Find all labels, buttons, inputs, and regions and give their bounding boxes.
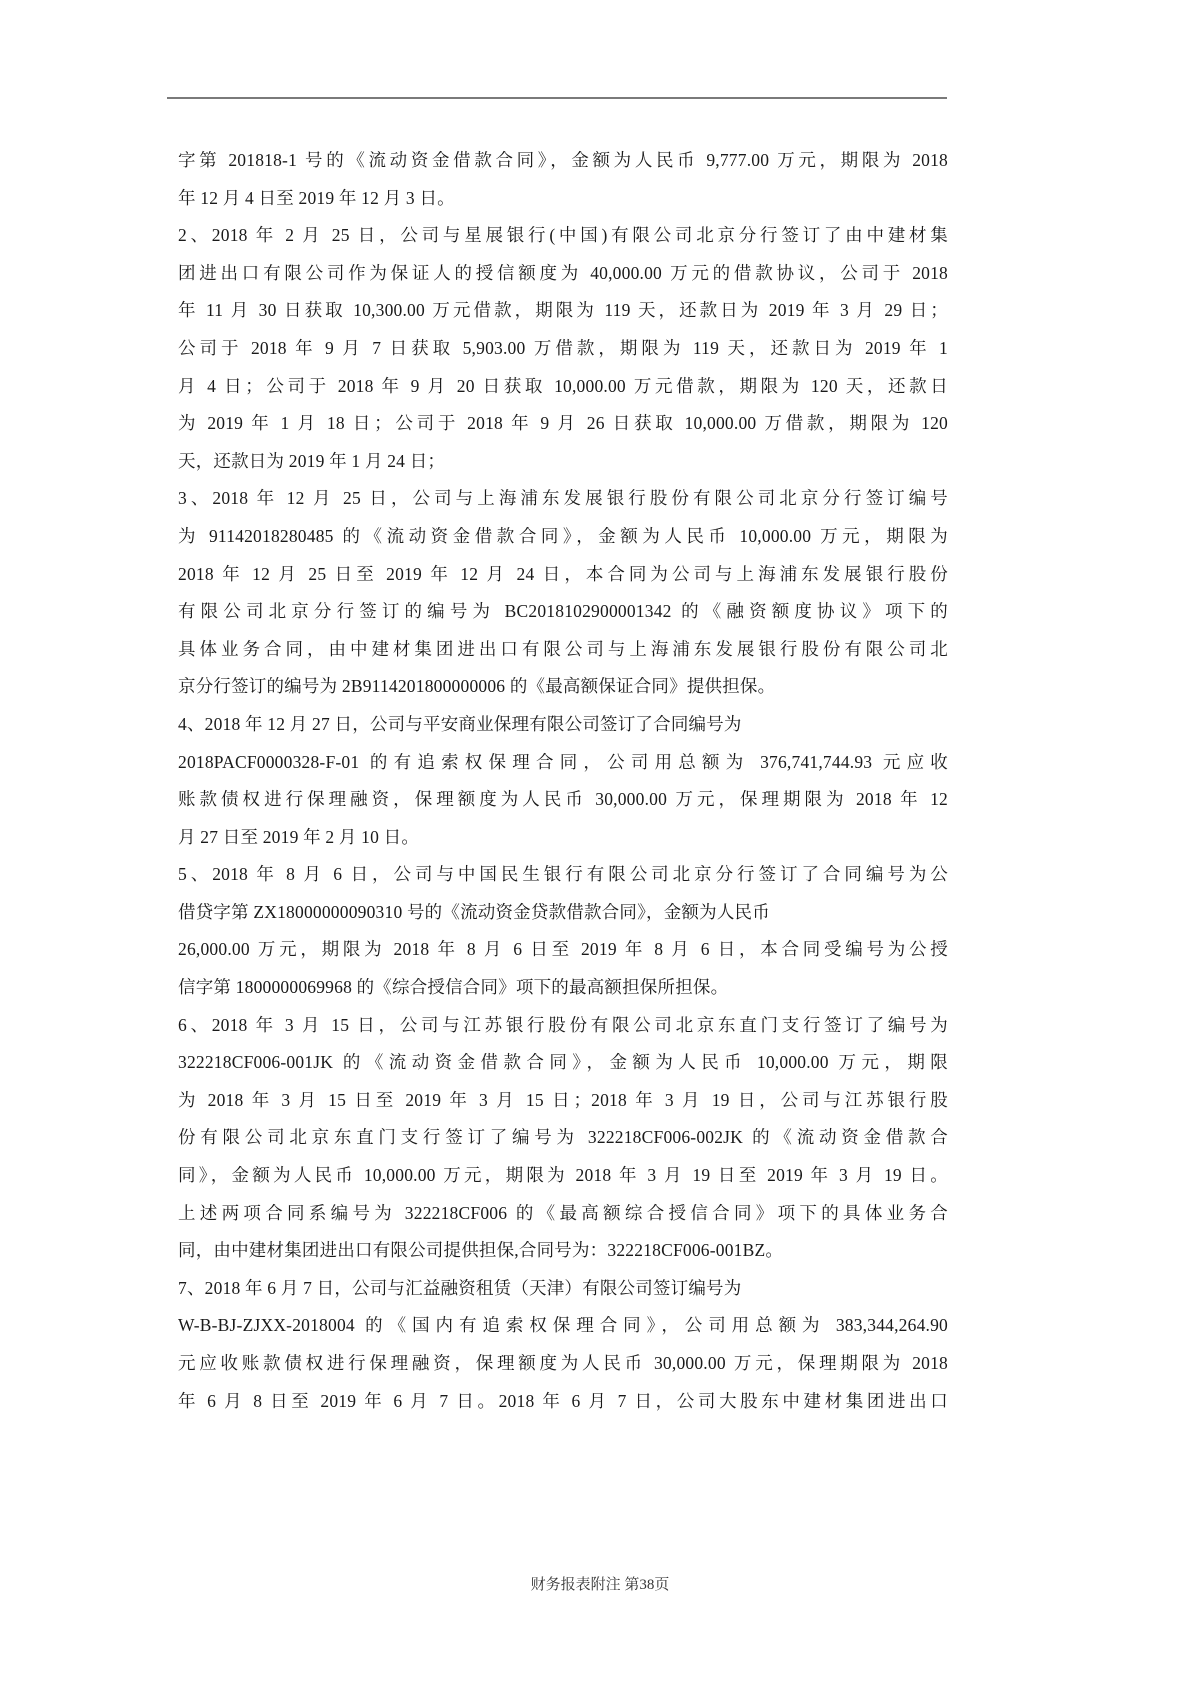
paragraph-1-continuation: 字第 201818-1 号的《流动资金借款合同》，金额为人民币 9,777.00… bbox=[178, 142, 948, 217]
paragraph-2: 2、2018 年 2 月 25 日，公司与星展银行(中国)有限公司北京分行签订了… bbox=[178, 217, 948, 480]
text-line: 月 27 日至 2019 年 2 月 10 日。 bbox=[178, 819, 948, 857]
text-line: 26,000.00 万元，期限为 2018 年 8 月 6 日至 2019 年 … bbox=[178, 931, 948, 969]
text-line: 年 11 月 30 日获取 10,300.00 万元借款，期限为 119 天，还… bbox=[178, 292, 948, 330]
paragraph-4: 4、2018 年 12 月 27 日，公司与平安商业保理有限公司签订了合同编号为… bbox=[178, 706, 948, 856]
text-line: 京分行签订的编号为 2B9114201800000006 的《最高额保证合同》提… bbox=[178, 668, 948, 706]
text-line: 份有限公司北京东直门支行签订了编号为 322218CF006-002JK 的《流… bbox=[178, 1119, 948, 1157]
text-line: 4、2018 年 12 月 27 日，公司与平安商业保理有限公司签订了合同编号为 bbox=[178, 706, 948, 744]
text-line: 年 6 月 8 日至 2019 年 6 月 7 日。2018 年 6 月 7 日… bbox=[178, 1383, 948, 1421]
text-line: 公司于 2018 年 9 月 7 日获取 5,903.00 万借款，期限为 11… bbox=[178, 330, 948, 368]
text-line: 为 2019 年 1 月 18 日；公司于 2018 年 9 月 26 日获取 … bbox=[178, 405, 948, 443]
text-line: 322218CF006-001JK 的《流动资金借款合同》，金额为人民币 10,… bbox=[178, 1044, 948, 1082]
text-line: 同》，金额为人民币 10,000.00 万元，期限为 2018 年 3 月 19… bbox=[178, 1157, 948, 1195]
page-footer: 财务报表附注 第38页 bbox=[0, 1573, 1200, 1594]
text-line: 为 2018 年 3 月 15 日至 2019 年 3 月 15 日；2018 … bbox=[178, 1082, 948, 1120]
header-rule bbox=[167, 97, 947, 99]
text-line: 元应收账款债权进行保理融资，保理额度为人民币 30,000.00 万元，保理期限… bbox=[178, 1345, 948, 1383]
text-line: 借贷字第 ZX18000000090310 号的《流动资金贷款借款合同》，金额为… bbox=[178, 894, 948, 932]
text-line: 2018 年 12 月 25 日至 2019 年 12 月 24 日，本合同为公… bbox=[178, 556, 948, 594]
paragraph-5: 5、2018 年 8 月 6 日，公司与中国民生银行有限公司北京分行签订了合同编… bbox=[178, 856, 948, 1006]
text-line: 月 4 日；公司于 2018 年 9 月 20 日获取 10,000.00 万元… bbox=[178, 368, 948, 406]
paragraph-3: 3、2018 年 12 月 25 日，公司与上海浦东发展银行股份有限公司北京分行… bbox=[178, 480, 948, 706]
text-line: 6、2018 年 3 月 15 日，公司与江苏银行股份有限公司北京东直门支行签订… bbox=[178, 1007, 948, 1045]
text-line: 天，还款日为 2019 年 1 月 24 日； bbox=[178, 443, 948, 481]
paragraph-7: 7、2018 年 6 月 7 日，公司与汇益融资租赁（天津）有限公司签订编号为 … bbox=[178, 1270, 948, 1420]
paragraph-6: 6、2018 年 3 月 15 日，公司与江苏银行股份有限公司北京东直门支行签订… bbox=[178, 1007, 948, 1270]
text-line: 具体业务合同，由中建材集团进出口有限公司与上海浦东发展银行股份有限公司北 bbox=[178, 631, 948, 669]
text-line: 5、2018 年 8 月 6 日，公司与中国民生银行有限公司北京分行签订了合同编… bbox=[178, 856, 948, 894]
text-line: 团进出口有限公司作为保证人的授信额度为 40,000.00 万元的借款协议，公司… bbox=[178, 255, 948, 293]
text-line: 3、2018 年 12 月 25 日，公司与上海浦东发展银行股份有限公司北京分行… bbox=[178, 480, 948, 518]
text-line: 2、2018 年 2 月 25 日，公司与星展银行(中国)有限公司北京分行签订了… bbox=[178, 217, 948, 255]
text-line: 同，由中建材集团进出口有限公司提供担保,合同号为：322218CF006-001… bbox=[178, 1232, 948, 1270]
text-line: 账款债权进行保理融资，保理额度为人民币 30,000.00 万元，保理期限为 2… bbox=[178, 781, 948, 819]
text-line: 字第 201818-1 号的《流动资金借款合同》，金额为人民币 9,777.00… bbox=[178, 142, 948, 180]
text-line: 为 91142018280485 的《流动资金借款合同》，金额为人民币 10,0… bbox=[178, 518, 948, 556]
text-line: W-B-BJ-ZJXX-2018004 的《国内有追索权保理合同》，公司用总额为… bbox=[178, 1307, 948, 1345]
text-line: 上述两项合同系编号为 322218CF006 的《最高额综合授信合同》项下的具体… bbox=[178, 1195, 948, 1233]
text-line: 有限公司北京分行签订的编号为 BC2018102900001342 的《融资额度… bbox=[178, 593, 948, 631]
text-line: 信字第 1800000069968 的《综合授信合同》项下的最高额担保所担保。 bbox=[178, 969, 948, 1007]
text-line: 年 12 月 4 日至 2019 年 12 月 3 日。 bbox=[178, 180, 948, 218]
text-line: 2018PACF0000328-F-01 的有追索权保理合同，公司用总额为 37… bbox=[178, 744, 948, 782]
text-line: 7、2018 年 6 月 7 日，公司与汇益融资租赁（天津）有限公司签订编号为 bbox=[178, 1270, 948, 1308]
document-body: 字第 201818-1 号的《流动资金借款合同》，金额为人民币 9,777.00… bbox=[178, 142, 948, 1420]
